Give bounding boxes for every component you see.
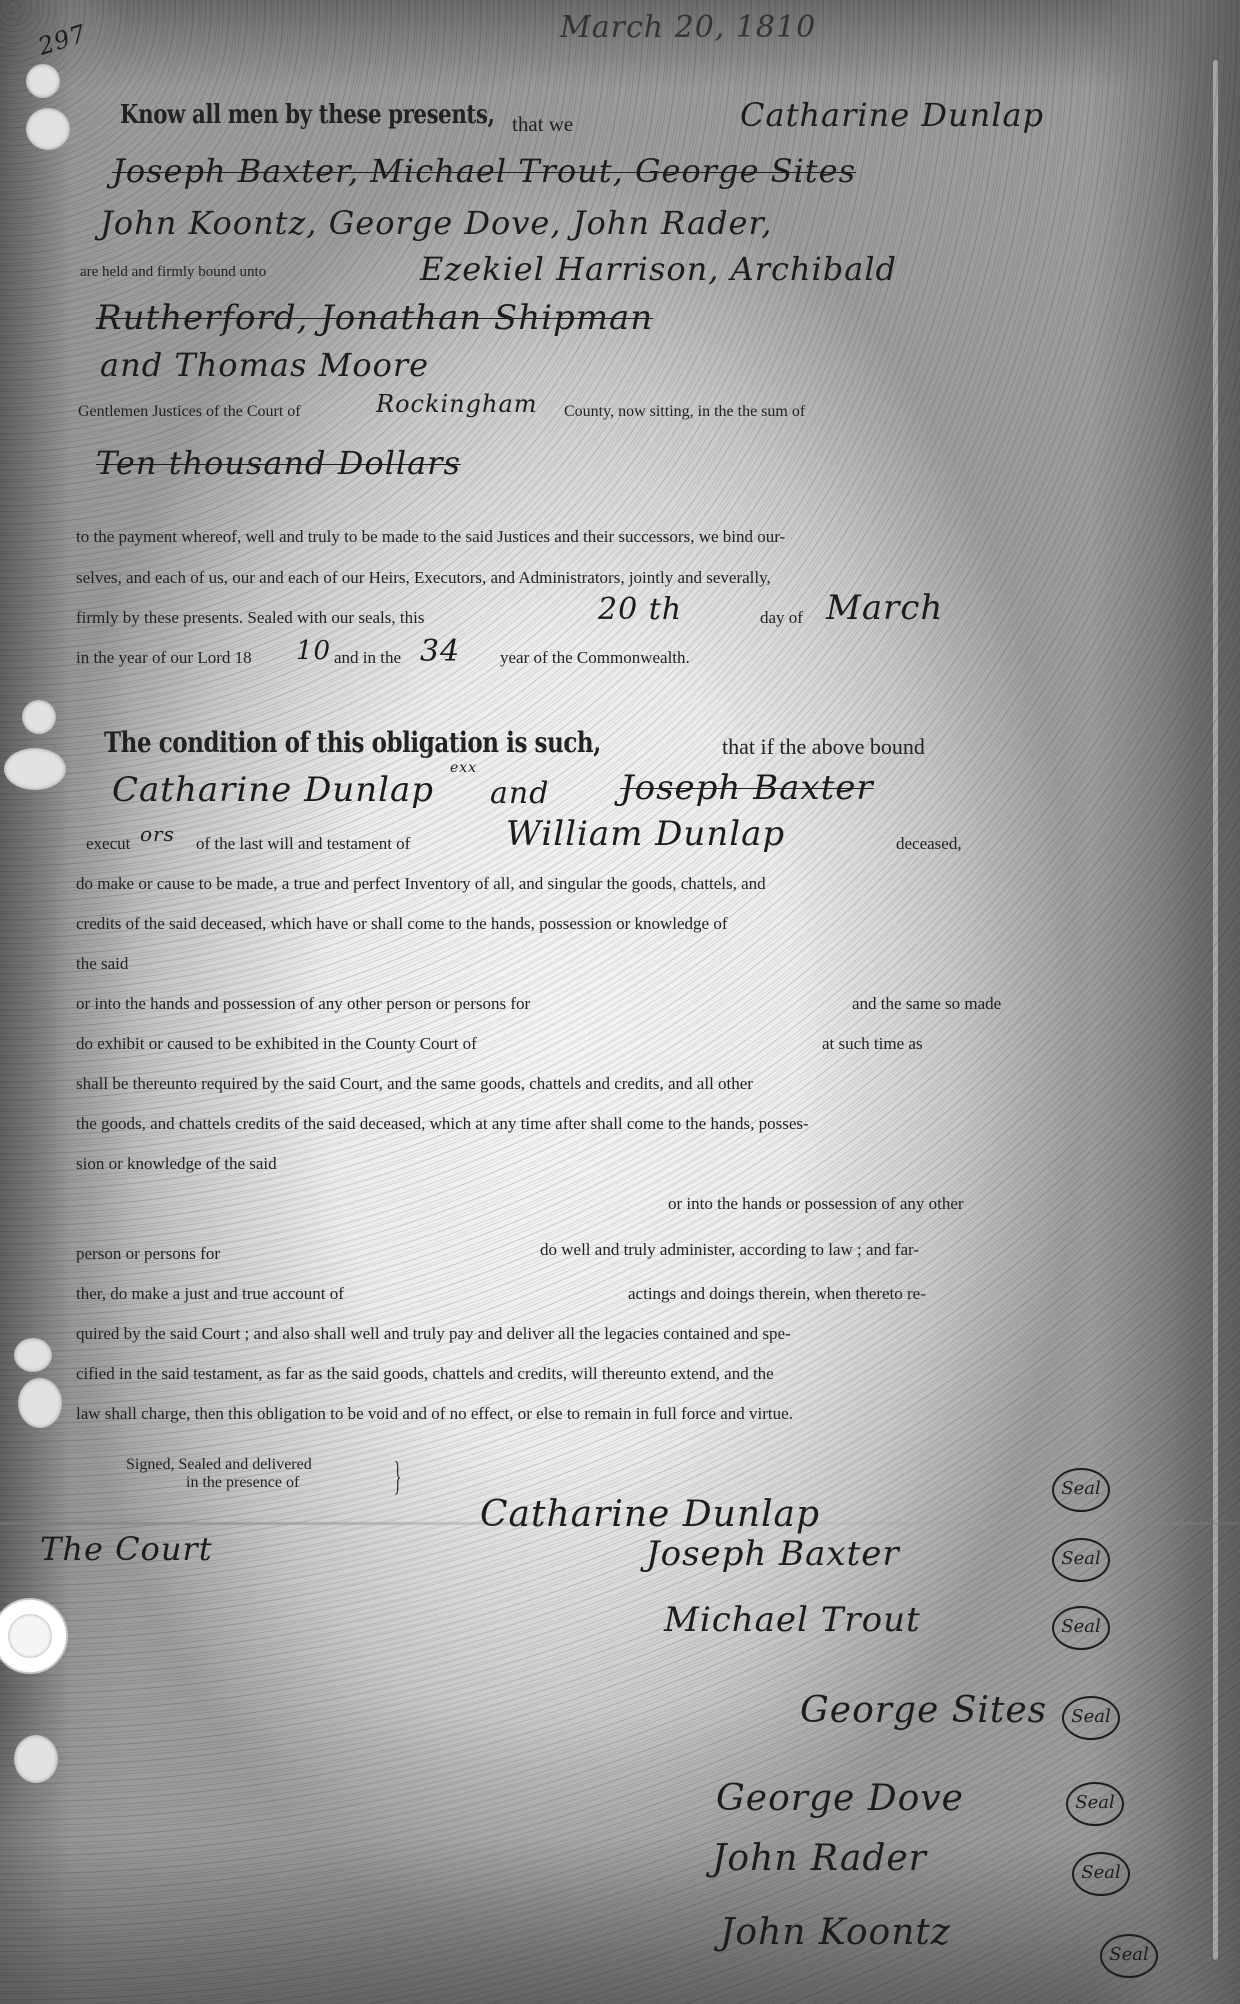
year-line-suffix: year of the Commonwealth. bbox=[500, 648, 690, 668]
obligor-names: John Koontz, George Dove, John Rader, bbox=[100, 204, 772, 242]
sealed-line-middle: day of bbox=[760, 608, 803, 628]
seal-icon: Seal bbox=[1072, 1852, 1130, 1896]
commonwealth-year: 34 bbox=[420, 634, 460, 669]
punch-hole-icon bbox=[14, 1338, 52, 1372]
condition-line: do make or cause to be made, a true and … bbox=[76, 874, 766, 894]
seal-icon: Seal bbox=[1066, 1782, 1124, 1826]
top-date-note: March 20, 1810 bbox=[560, 10, 816, 45]
condition-line: credits of the said deceased, which have… bbox=[76, 914, 728, 934]
deceased-name: William Dunlap bbox=[506, 814, 785, 854]
condition-line: person or persons for bbox=[76, 1244, 220, 1264]
justices-line-prefix: Gentlemen Justices of the Court of bbox=[78, 403, 301, 421]
punch-hole-icon bbox=[14, 1735, 58, 1783]
seal-icon: Seal bbox=[1052, 1538, 1110, 1582]
condition-line: the goods, and chattels credits of the s… bbox=[76, 1114, 809, 1134]
condition-line: or into the hands and possession of any … bbox=[76, 994, 530, 1014]
condition-fragment: and the same so made bbox=[852, 994, 1001, 1014]
condition-line: cified in the said testament, as far as … bbox=[76, 1364, 774, 1384]
executor-line-middle: of the last will and testament of bbox=[196, 834, 410, 854]
seal-icon: Seal bbox=[1052, 1468, 1110, 1512]
seal-month: March bbox=[826, 588, 943, 628]
condition-line: law shall charge, then this obligation t… bbox=[76, 1404, 793, 1424]
bond-heading: Know all men by these presents, bbox=[120, 100, 494, 130]
signature: Catharine Dunlap bbox=[480, 1494, 820, 1535]
executor-name: Catharine Dunlap bbox=[112, 770, 434, 810]
seal-day: 20 th bbox=[598, 592, 682, 627]
bond-intro: that we bbox=[512, 112, 573, 137]
held-bound-text: are held and firmly bound unto bbox=[80, 264, 266, 281]
condition-line: shall be thereunto required by the said … bbox=[76, 1074, 753, 1094]
condition-line: sion or knowledge of the said bbox=[76, 1154, 277, 1174]
punch-hole-icon bbox=[26, 108, 70, 150]
brace-icon: } bbox=[394, 1452, 402, 1499]
justice-names: and Thomas Moore bbox=[100, 346, 429, 384]
condition-line: ther, do make a just and true account of bbox=[76, 1284, 344, 1304]
seal-icon: Seal bbox=[1100, 1934, 1158, 1978]
obligor-name: Catharine Dunlap bbox=[740, 96, 1044, 134]
witness-line: Signed, Sealed and delivered bbox=[126, 1456, 312, 1474]
year-line-middle: and in the bbox=[334, 648, 401, 668]
payment-line: to the payment whereof, well and truly t… bbox=[76, 527, 785, 547]
witness-line: in the presence of bbox=[186, 1474, 299, 1492]
condition-line: do exhibit or caused to be exhibited in … bbox=[76, 1034, 477, 1054]
scanned-document-page: 297 March 20, 1810 Know all men by these… bbox=[0, 0, 1240, 2004]
condition-intro: that if the above bound bbox=[722, 734, 925, 760]
executor-line-prefix: execut bbox=[86, 834, 130, 854]
condition-line: quired by the said Court ; and also shal… bbox=[76, 1324, 791, 1344]
signature: George Dove bbox=[716, 1778, 964, 1819]
justices-line-suffix: County, now sitting, in the the sum of bbox=[564, 403, 805, 421]
executor-line-suffix: deceased, bbox=[896, 834, 962, 854]
executor-suffix: ors bbox=[140, 822, 175, 846]
condition-heading: The condition of this obligation is such… bbox=[104, 726, 601, 759]
condition-fragment: actings and doings therein, when thereto… bbox=[628, 1284, 926, 1304]
punch-hole-icon bbox=[22, 700, 56, 734]
executor-joiner: and bbox=[490, 776, 549, 811]
condition-fragment: at such time as bbox=[822, 1034, 923, 1054]
year-digits: 10 bbox=[296, 636, 331, 666]
signature: Michael Trout bbox=[664, 1600, 921, 1640]
county-name: Rockingham bbox=[376, 390, 538, 418]
signature: John Rader bbox=[712, 1838, 927, 1879]
condition-line: the said bbox=[76, 954, 128, 974]
obligor-names: Joseph Baxter, Michael Trout, George Sit… bbox=[112, 152, 856, 190]
seal-icon: Seal bbox=[1052, 1606, 1110, 1650]
page-shadow-bottom bbox=[0, 1704, 1240, 2004]
punch-hole-icon bbox=[18, 1378, 62, 1428]
condition-line: or into the hands or possession of any o… bbox=[668, 1194, 964, 1214]
condition-fragment: do well and truly administer, according … bbox=[540, 1240, 919, 1260]
justice-names: Ezekiel Harrison, Archibald bbox=[420, 250, 897, 288]
seal-icon: Seal bbox=[1062, 1696, 1120, 1740]
year-line-prefix: in the year of our Lord 18 bbox=[76, 648, 252, 668]
punch-hole-icon bbox=[4, 748, 66, 790]
signature: John Koontz bbox=[720, 1912, 951, 1953]
justice-names: Rutherford, Jonathan Shipman bbox=[96, 298, 653, 338]
executor-name: Joseph Baxter bbox=[620, 768, 874, 808]
payment-line: selves, and each of us, our and each of … bbox=[76, 568, 771, 588]
executrix-abbrev: exx bbox=[450, 760, 477, 776]
signature: Joseph Baxter bbox=[646, 1534, 900, 1574]
witness-the-court: The Court bbox=[40, 1530, 213, 1568]
signature: George Sites bbox=[800, 1690, 1047, 1731]
bond-sum: Ten thousand Dollars bbox=[96, 444, 461, 482]
binding-edge bbox=[1213, 60, 1218, 1960]
sealed-line-prefix: firmly by these presents. Sealed with ou… bbox=[76, 608, 424, 628]
punch-hole-icon bbox=[26, 64, 60, 98]
